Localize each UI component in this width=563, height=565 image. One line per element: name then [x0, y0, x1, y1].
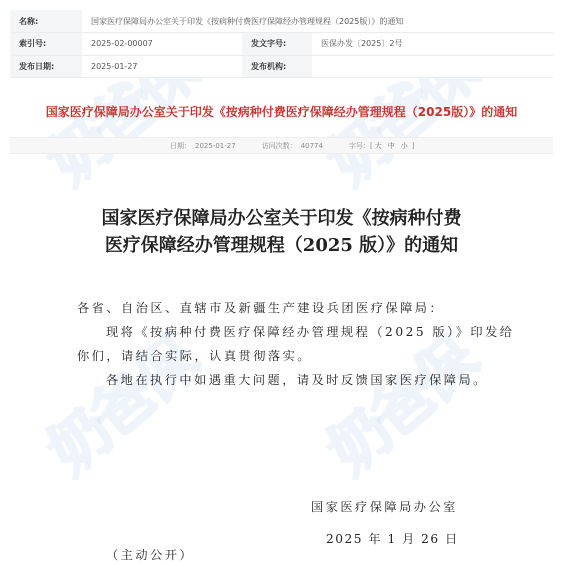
date-value: 2025-01-27 [82, 55, 242, 78]
document-title-line: 医疗保障经办管理规程（2025 版）》的通知 [0, 232, 563, 259]
name-label: 名称: [10, 10, 82, 33]
table-row: 索引号: 2025-02-00007 发文字号: 医保办发〔2025〕2号 [10, 33, 553, 56]
index-value: 2025-02-00007 [82, 33, 242, 56]
date-label: 发布日期: [10, 55, 82, 78]
name-value: 国家医疗保障局办公室关于印发《按病种付费医疗保障经办管理规程（2025版）》的通… [82, 10, 553, 33]
page-headline: 国家医疗保障局办公室关于印发《按病种付费医疗保障经办管理规程（2025版）》的通… [0, 103, 563, 120]
publicity-tag: （主动公开） [106, 546, 194, 563]
info-visits-label: 访问次数： [262, 141, 297, 151]
info-date-label: 日期： [170, 141, 191, 151]
font-size-label: 字号：[ [349, 141, 373, 151]
font-size-close: ] [412, 142, 415, 150]
index-label: 索引号: [10, 33, 82, 56]
table-row: 发布日期: 2025-01-27 发布机构: [10, 55, 553, 78]
signature-date: 2025 年 1 月 26 日 [326, 530, 459, 547]
org-value [312, 55, 553, 78]
body-paragraph: 各地在执行中如遇重大问题，请及时反馈国家医疗保障局。 [77, 368, 517, 392]
table-row: 名称: 国家医疗保障局办公室关于印发《按病种付费医疗保障经办管理规程（2025版… [10, 10, 553, 33]
font-size-large-link[interactable]: 大 [375, 141, 382, 151]
doc-no-label: 发文字号: [242, 33, 312, 56]
document-title: 国家医疗保障局办公室关于印发《按病种付费 医疗保障经办管理规程（2025 版）》… [0, 205, 563, 259]
font-size-medium-link[interactable]: 中 [388, 141, 395, 151]
info-bar: 日期： 2025-01-27 访问次数： 40774 字号：[ 大 中 小 ] [10, 137, 553, 154]
signature-org: 国家医疗保障局办公室 [311, 498, 458, 515]
info-visits-value: 40774 [301, 142, 323, 150]
doc-no-value: 医保办发〔2025〕2号 [312, 33, 553, 56]
font-size-small-link[interactable]: 小 [401, 141, 408, 151]
salutation: 各省、自治区、直辖市及新疆生产建设兵团医疗保障局： [77, 296, 517, 320]
org-label: 发布机构: [242, 55, 312, 78]
document-title-line: 国家医疗保障局办公室关于印发《按病种付费 [0, 205, 563, 232]
document-body: 各省、自治区、直辖市及新疆生产建设兵团医疗保障局： 现将《按病种付费医疗保障经办… [77, 296, 517, 392]
metadata-table: 名称: 国家医疗保障局办公室关于印发《按病种付费医疗保障经办管理规程（2025版… [10, 10, 553, 78]
body-paragraph: 现将《按病种付费医疗保障经办管理规程（2025 版）》印发给你们，请结合实际，认… [77, 320, 517, 368]
info-date-value: 2025-01-27 [195, 142, 236, 150]
